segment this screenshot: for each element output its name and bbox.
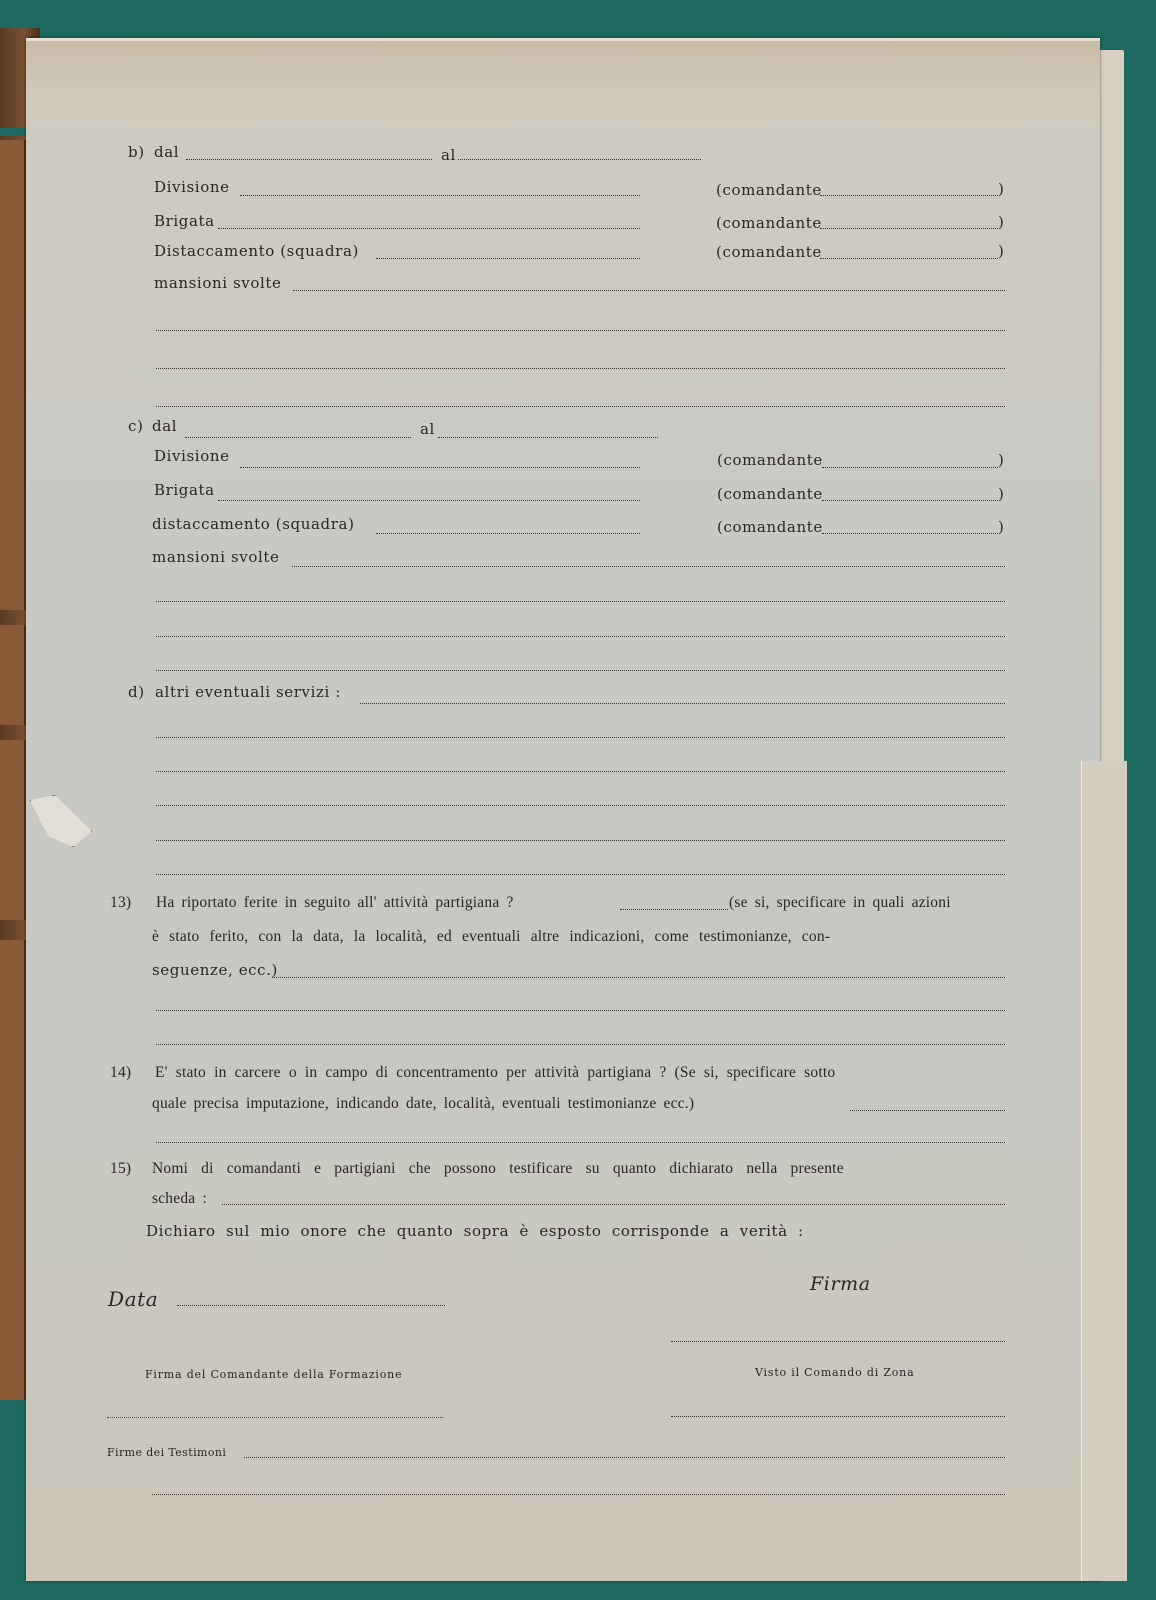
comandante-label: (comandante: [716, 214, 822, 232]
q15-number: 15): [110, 1160, 131, 1178]
comandante-divisione-field[interactable]: [822, 467, 998, 468]
altri-servizi-line-2[interactable]: [156, 737, 1005, 738]
q13-text: Ha riportato ferite in seguito all' atti…: [156, 894, 514, 912]
q14-number: 14): [110, 1064, 131, 1082]
q14-text-2: quale precisa imputazione, indicando dat…: [152, 1095, 694, 1113]
distaccamento-label: Distaccamento (squadra): [154, 242, 359, 260]
divisione-field[interactable]: [240, 195, 640, 196]
data-field[interactable]: [177, 1305, 445, 1306]
mansioni-label: mansioni svolte: [152, 548, 279, 566]
q13-details-field[interactable]: [272, 977, 1005, 978]
altri-servizi-line-6[interactable]: [156, 874, 1005, 875]
comando-zona-label: Visto il Comando di Zona: [755, 1366, 914, 1379]
firma-label: Firma: [810, 1273, 871, 1295]
al-field[interactable]: [438, 437, 658, 438]
q13-text-4: seguenze, ecc.): [152, 961, 278, 979]
distaccamento-label: distaccamento (squadra): [152, 515, 355, 533]
altri-servizi-label: altri eventuali servizi :: [155, 683, 341, 701]
mansioni-line-3[interactable]: [156, 636, 1005, 637]
paren-close: ): [998, 213, 1004, 231]
firma-field[interactable]: [671, 1341, 1005, 1342]
altri-servizi-line-3[interactable]: [156, 771, 1005, 772]
mansioni-line-2[interactable]: [156, 330, 1005, 331]
q13-number: 13): [110, 894, 131, 912]
testimoni-field-line-2[interactable]: [152, 1494, 1005, 1495]
q13-details-line-2[interactable]: [156, 1010, 1005, 1011]
al-field[interactable]: [458, 159, 701, 160]
q15-text-2: scheda :: [152, 1190, 207, 1208]
comandante-formazione-signature-field[interactable]: [107, 1417, 443, 1418]
distaccamento-field[interactable]: [376, 533, 640, 534]
distaccamento-field[interactable]: [376, 258, 640, 259]
form-page: [26, 38, 1100, 1581]
comandante-label: (comandante: [716, 181, 822, 199]
q15-answer-field[interactable]: [222, 1204, 1005, 1205]
altri-servizi-line-4[interactable]: [156, 805, 1005, 806]
al-label: al: [420, 420, 435, 438]
dal-field[interactable]: [186, 159, 432, 160]
folded-page-edge: [1081, 761, 1127, 1581]
al-label: al: [441, 146, 456, 164]
paren-close: ): [998, 451, 1004, 469]
mansioni-line-3[interactable]: [156, 368, 1005, 369]
q14-text: E' stato in carcere o in campo di concen…: [155, 1064, 835, 1082]
altri-servizi-field[interactable]: [360, 703, 1005, 704]
declaration-text: Dichiaro sul mio onore che quanto sopra …: [146, 1222, 804, 1240]
testimoni-label: Firme dei Testimoni: [107, 1446, 226, 1459]
q15-text: Nomi di comandanti e partigiani che poss…: [152, 1160, 844, 1178]
data-label: Data: [108, 1287, 158, 1311]
dal-label: dal: [154, 143, 179, 161]
comandante-brigata-field[interactable]: [820, 228, 998, 229]
q13-answer-field[interactable]: [620, 909, 728, 910]
mansioni-field[interactable]: [292, 566, 1005, 567]
section-d-label: d): [128, 683, 145, 701]
mansioni-line-2[interactable]: [156, 601, 1005, 602]
mansioni-line-4[interactable]: [156, 670, 1005, 671]
brigata-label: Brigata: [154, 481, 215, 499]
comandante-label: (comandante: [717, 518, 823, 536]
brigata-field[interactable]: [218, 228, 640, 229]
comandante-brigata-field[interactable]: [822, 500, 998, 501]
testimoni-field[interactable]: [244, 1457, 1005, 1458]
comandante-distaccamento-field[interactable]: [822, 533, 998, 534]
section-b-label: b): [128, 143, 145, 161]
comando-zona-signature-field[interactable]: [671, 1416, 1005, 1417]
dal-label: dal: [152, 417, 177, 435]
mansioni-field[interactable]: [293, 290, 1005, 291]
section-c-label: c): [128, 417, 143, 435]
divisione-field[interactable]: [240, 467, 640, 468]
comandante-label: (comandante: [717, 451, 823, 469]
divisione-label: Divisione: [154, 447, 230, 465]
q14-answer-line-2[interactable]: [156, 1142, 1005, 1143]
q14-answer-field[interactable]: [850, 1110, 1005, 1111]
paren-close: ): [998, 180, 1004, 198]
comandante-formazione-label: Firma del Comandante della Formazione: [145, 1368, 402, 1381]
comandante-label: (comandante: [717, 485, 823, 503]
dal-field[interactable]: [185, 437, 411, 438]
mansioni-line-4[interactable]: [156, 406, 1005, 407]
q13-text-3: è stato ferito, con la data, la località…: [152, 928, 830, 946]
divisione-label: Divisione: [154, 178, 230, 196]
brigata-label: Brigata: [154, 212, 215, 230]
comandante-label: (comandante: [716, 243, 822, 261]
altri-servizi-line-5[interactable]: [156, 840, 1005, 841]
q13-text-2: (se si, specificare in quali azioni: [729, 894, 951, 912]
mansioni-label: mansioni svolte: [154, 274, 281, 292]
paren-close: ): [998, 518, 1004, 536]
brigata-field[interactable]: [218, 500, 640, 501]
comandante-divisione-field[interactable]: [820, 195, 998, 196]
q13-details-line-3[interactable]: [156, 1044, 1005, 1045]
paren-close: ): [998, 485, 1004, 503]
comandante-distaccamento-field[interactable]: [820, 258, 998, 259]
paren-close: ): [998, 242, 1004, 260]
